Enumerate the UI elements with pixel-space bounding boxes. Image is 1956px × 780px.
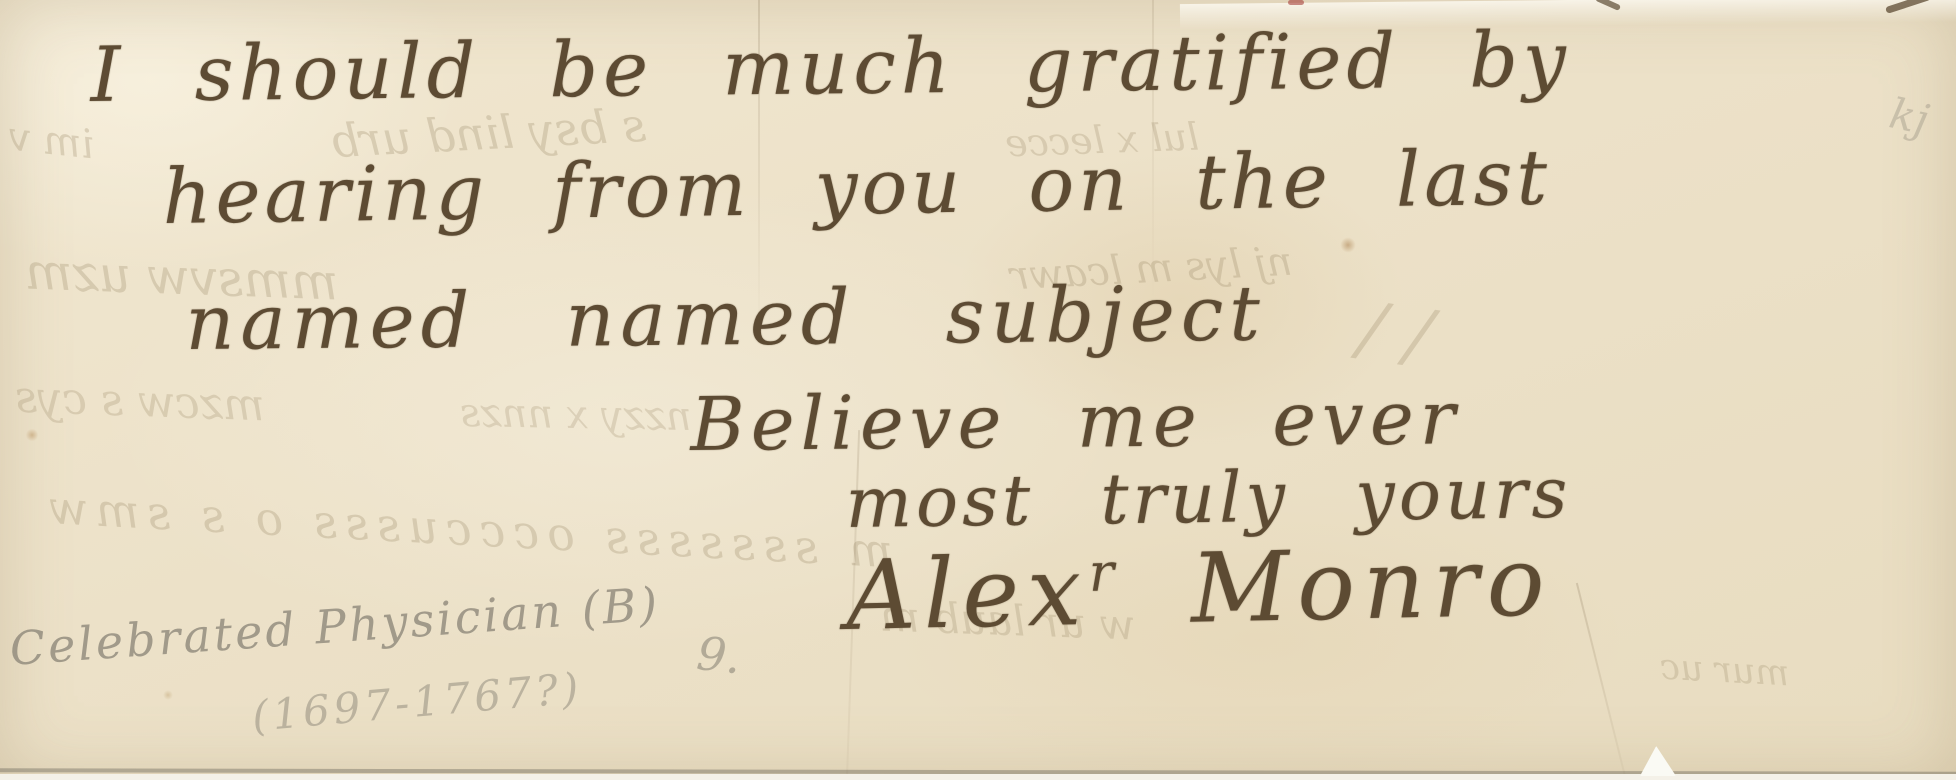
signature-surname: Monro [1121,525,1553,646]
bleed-through-ghost-text: nzzy x nnzs [460,390,692,440]
letter-scan: im v s bsy lind urb lul x lecce mmsvw uz… [0,0,1956,780]
pencil-annotation-mark: 9. [694,626,743,684]
bleed-through-ghost-text: mur uc [1659,647,1790,695]
bleed-through-diagonal-strokes: / / [1355,285,1437,378]
signature: Alexr Monro [845,525,1554,652]
letter-body-line-2: hearing from you on the last [162,133,1552,241]
bleed-through-ghost-text: mzcw s cys [14,372,265,432]
cutoff-ink-stroke [1595,0,1621,11]
pencil-annotation-line-1: Celebrated Physician (B) [8,577,662,676]
scan-bottom-edge-shadow [0,768,1956,775]
cutoff-ink-stroke [1885,0,1931,14]
pencil-squiggle: kj [1885,89,1933,145]
signature-superscript: r [1088,542,1123,604]
paper-tear-notch [1640,746,1676,776]
letter-body-line-1: I should be much gratified by [90,14,1571,118]
signature-forename: Alex [845,535,1090,652]
fold-crease-diagonal [1576,583,1626,778]
bleed-through-ghost-text: im v [6,114,96,169]
bleed-through-ghost-text: m sssssss occcusss o s smw [39,480,894,579]
scan-bottom-edge-light [0,774,1956,780]
red-ink-speck [1288,0,1304,5]
letter-body-line-3: named named subject [185,269,1266,367]
pencil-annotation-dates: (1697-1767?) [250,663,584,741]
